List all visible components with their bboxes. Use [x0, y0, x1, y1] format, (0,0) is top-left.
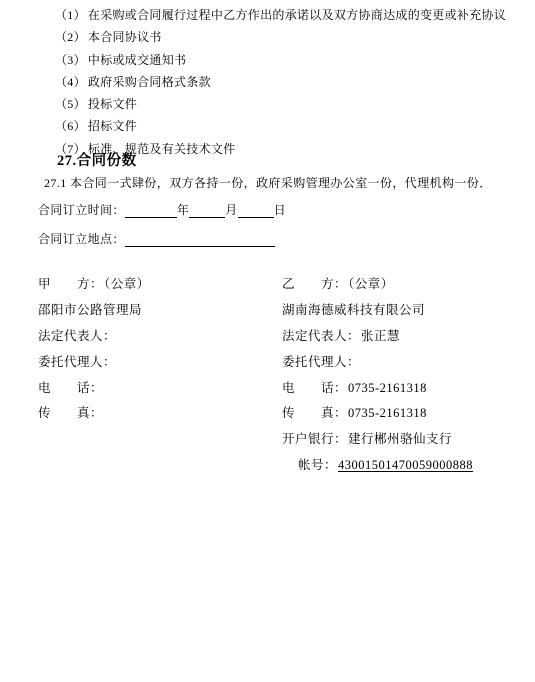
party-b-column: 乙 方：（公章） 湖南海德威科技有限公司 法定代表人：张正慧 委托代理人： 电 …	[282, 272, 529, 479]
clause-text: 本合同协议书	[88, 30, 162, 44]
party-a-name: 邵阳市公路管理局	[38, 298, 282, 324]
place-blank-field	[125, 234, 275, 247]
clause-number: （5）	[55, 97, 86, 111]
party-b-legal-rep-value: 张正慧	[361, 329, 400, 343]
clause-27-1-text: 27.1 本合同一式肆份，双方各持一份，政府采购管理办公室一份，代理机构一份．	[44, 174, 525, 191]
signing-time-line: 合同订立时间：年月日	[38, 201, 286, 218]
party-b-fax-row: 传 真：0735-2161318	[282, 401, 529, 427]
party-a-legal-rep-row: 法定代表人：	[38, 324, 282, 350]
party-b-name: 湖南海德威科技有限公司	[282, 298, 529, 324]
clause-text: 中标或成交通知书	[88, 53, 186, 67]
party-b-bank-value: 建行郴州骆仙支行	[348, 432, 452, 446]
signature-block: 甲 方：（公章） 邵阳市公路管理局 法定代表人： 委托代理人： 电 话： 传 真…	[38, 272, 529, 479]
party-a-fax-label: 传 真：	[38, 406, 103, 420]
clause-number: （3）	[55, 53, 86, 67]
clause-text: 投标文件	[88, 97, 137, 111]
clause-item-1: （1）在采购或合同履行过程中乙方作出的承诺以及双方协商达成的变更或补充协议	[55, 4, 523, 26]
signing-time-label: 合同订立时间：	[38, 203, 125, 217]
party-b-phone-value: 0735-2161318	[348, 381, 427, 395]
section-27-heading: 27.合同份数	[57, 149, 137, 170]
year-suffix: 年	[177, 203, 189, 217]
party-b-legal-rep-label: 法定代表人：	[282, 329, 360, 343]
party-a-legal-rep-label: 法定代表人：	[38, 329, 116, 343]
party-a-role-row: 甲 方：（公章）	[38, 272, 282, 298]
party-b-role-label: 乙 方：	[282, 277, 347, 291]
clause-text: 在采购或合同履行过程中乙方作出的承诺以及双方协商达成的变更或补充协议	[88, 8, 506, 22]
party-b-account-label: 帐号：	[298, 458, 337, 472]
clause-number: （1）	[55, 8, 86, 22]
party-a-agent-row: 委托代理人：	[38, 350, 282, 376]
party-b-phone-row: 电 话：0735-2161318	[282, 376, 529, 402]
clause-number: （4）	[55, 75, 86, 89]
year-blank-field	[125, 205, 177, 218]
party-b-bank-row: 开户银行：建行郴州骆仙支行	[282, 427, 529, 453]
day-suffix: 日	[274, 203, 286, 217]
party-b-role-row: 乙 方：（公章）	[282, 272, 529, 298]
clause-item-2: （2）本合同协议书	[55, 26, 523, 48]
contract-document-page: （1）在采购或合同履行过程中乙方作出的承诺以及双方协商达成的变更或补充协议 （2…	[0, 0, 535, 682]
party-b-agent-row: 委托代理人：	[282, 350, 529, 376]
party-a-phone-label: 电 话：	[38, 381, 103, 395]
party-b-fax-value: 0735-2161318	[348, 406, 427, 420]
party-a-role-label: 甲 方：	[38, 277, 103, 291]
party-b-fax-label: 传 真：	[282, 406, 347, 420]
day-blank-field	[238, 205, 274, 218]
clause-number: （2）	[55, 30, 86, 44]
party-a-agent-label: 委托代理人：	[38, 355, 116, 369]
clause-text: 政府采购合同格式条款	[88, 75, 211, 89]
month-suffix: 月	[225, 203, 237, 217]
clause-number: （6）	[55, 119, 86, 133]
attachment-clause-list: （1）在采购或合同履行过程中乙方作出的承诺以及双方协商达成的变更或补充协议 （2…	[55, 4, 523, 160]
party-b-legal-rep-row: 法定代表人：张正慧	[282, 324, 529, 350]
clause-item-4: （4）政府采购合同格式条款	[55, 71, 523, 93]
party-a-column: 甲 方：（公章） 邵阳市公路管理局 法定代表人： 委托代理人： 电 话： 传 真…	[38, 272, 282, 479]
month-blank-field	[189, 205, 225, 218]
party-b-bank-label: 开户银行：	[282, 432, 347, 446]
clause-item-5: （5）投标文件	[55, 93, 523, 115]
signing-place-label: 合同订立地点：	[38, 232, 125, 246]
party-b-agent-label: 委托代理人：	[282, 355, 360, 369]
clause-item-6: （6）招标文件	[55, 115, 523, 137]
party-a-fax-row: 传 真：	[38, 401, 282, 427]
clause-item-3: （3）中标或成交通知书	[55, 49, 523, 71]
signing-place-line: 合同订立地点：	[38, 230, 275, 247]
party-b-account-row: 帐号：43001501470059000888	[282, 453, 529, 479]
party-a-phone-row: 电 话：	[38, 376, 282, 402]
party-a-seal-placeholder: （公章）	[104, 277, 150, 291]
clause-text: 招标文件	[88, 119, 137, 133]
party-b-phone-label: 电 话：	[282, 381, 347, 395]
party-b-account-value: 43001501470059000888	[338, 458, 473, 472]
party-b-seal-placeholder: （公章）	[348, 277, 394, 291]
